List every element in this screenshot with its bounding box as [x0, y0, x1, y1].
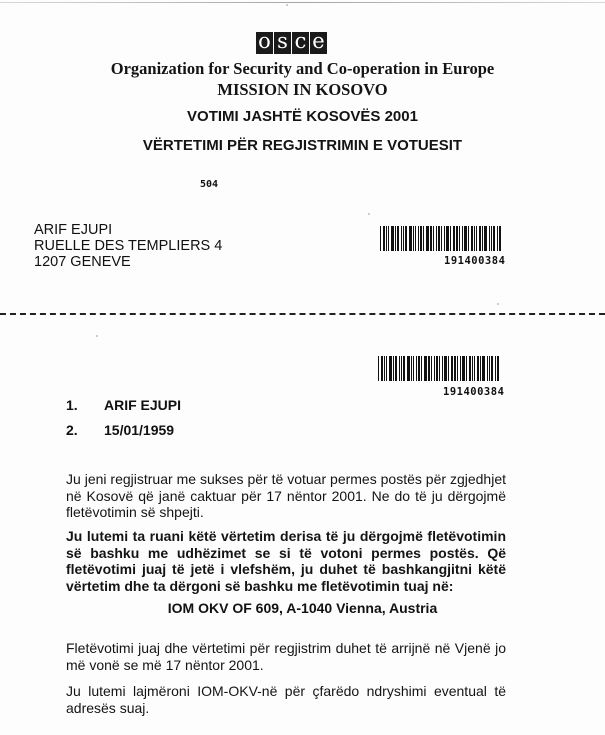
barcode-bar — [472, 356, 473, 381]
barcode-bar — [491, 356, 493, 381]
reference-code: 504 — [200, 179, 218, 190]
recipient-address: ARIF EJUPI RUELLE DES TEMPLIERS 4 1207 G… — [34, 222, 222, 270]
mission-name: MISSION IN KOSOVO — [0, 80, 605, 100]
recipient-street: RUELLE DES TEMPLIERS 4 — [34, 238, 222, 254]
field-value: ARIF EJUPI — [104, 397, 181, 422]
barcode-bar — [499, 226, 501, 251]
barcode-top-number: 191400384 — [444, 255, 505, 267]
barcode-bar — [436, 356, 438, 381]
barcode-bar — [450, 226, 451, 251]
barcode-bar — [474, 356, 475, 381]
barcode-bar — [477, 356, 479, 381]
recipient-name: ARIF EJUPI — [34, 222, 222, 238]
barcode-bar — [409, 226, 412, 251]
page-top-edge — [0, 2, 605, 3]
barcode-top — [380, 226, 502, 251]
barcode-bar — [431, 356, 432, 381]
barcode-bar — [444, 226, 445, 251]
logo-letter: e — [310, 32, 327, 54]
document-subtitle: VËRTETIMI PËR REGJISTRIMIN E VOTUESIT — [0, 137, 605, 154]
barcode-bar — [423, 226, 424, 251]
barcode-bottom — [378, 356, 500, 381]
barcode-bar — [415, 226, 416, 251]
barcode-bar — [446, 226, 449, 251]
barcode-bar — [407, 356, 410, 381]
barcode-bar — [426, 226, 429, 251]
barcode-bar — [395, 356, 397, 381]
barcode-bar — [476, 226, 477, 251]
logo-letter: o — [256, 32, 273, 54]
barcode-bar — [381, 356, 383, 381]
mailing-address: IOM OKV OF 609, A-1040 Vienna, Austria — [0, 600, 605, 616]
barcode-bar — [386, 356, 387, 381]
paragraph-deadline: Fletëvotimi juaj dhe vërtetimi për regji… — [66, 640, 506, 673]
barcode-bar — [444, 356, 447, 381]
barcode-bar — [489, 356, 490, 381]
barcode-bar — [468, 226, 469, 251]
barcode-bar — [462, 226, 463, 251]
barcode-bar — [418, 226, 419, 251]
paragraph-address-change: Ju lutemi lajmëroni IOM-OKV-në për çfarë… — [66, 683, 506, 716]
document-title: VOTIMI JASHTË KOSOVËS 2001 — [0, 108, 605, 125]
barcode-bar — [413, 226, 414, 251]
barcode-bar — [453, 226, 455, 251]
barcode-bar — [497, 226, 498, 251]
barcode-bar — [433, 226, 434, 251]
barcode-bar — [482, 356, 485, 381]
scan-speck — [497, 303, 499, 305]
barcode-bar — [489, 226, 490, 251]
field-number: 1. — [66, 397, 94, 422]
barcode-bar — [439, 356, 440, 381]
barcode-bar — [474, 226, 475, 251]
barcode-bar — [451, 356, 453, 381]
barcode-bar — [462, 356, 465, 381]
barcode-bar — [438, 226, 440, 251]
logo-letter: c — [292, 32, 309, 54]
paragraph-registration: Ju jeni regjistruar me sukses për të vot… — [66, 471, 506, 521]
organization-name: Organization for Security and Co-operati… — [0, 59, 605, 79]
barcode-bar — [384, 356, 385, 381]
barcode-bar — [457, 356, 458, 381]
scan-speck — [286, 4, 288, 6]
barcode-bar — [405, 226, 407, 251]
osce-logo: o s c e — [256, 32, 327, 54]
barcode-bar — [421, 356, 422, 381]
cut-line — [0, 313, 605, 315]
field-name: 1. ARIF EJUPI — [66, 397, 181, 422]
barcode-bar — [479, 226, 481, 251]
barcode-bar — [397, 226, 399, 251]
barcode-bar — [378, 356, 379, 381]
barcode-bar — [434, 356, 435, 381]
barcode-bar — [401, 356, 402, 381]
scan-speck — [368, 213, 370, 215]
barcode-bar — [448, 356, 449, 381]
barcode-bar — [442, 356, 443, 381]
barcode-bar — [389, 356, 392, 381]
barcode-bar — [424, 356, 427, 381]
barcode-bottom-number: 191400384 — [443, 386, 504, 398]
logo-letter: s — [274, 32, 291, 54]
barcode-bar — [459, 226, 460, 251]
barcode-bar — [388, 226, 389, 251]
barcode-bar — [460, 356, 461, 381]
barcode-bar — [469, 356, 471, 381]
barcode-bar — [482, 226, 483, 251]
barcode-bar — [393, 356, 394, 381]
barcode-bar — [386, 226, 387, 251]
barcode-bar — [430, 226, 432, 251]
barcode-bar — [383, 226, 385, 251]
barcode-bar — [411, 356, 412, 381]
barcode-bar — [436, 226, 437, 251]
barcode-bar — [491, 226, 492, 251]
field-birthdate: 2. 15/01/1959 — [66, 422, 181, 447]
field-number: 2. — [66, 422, 94, 447]
barcode-bar — [403, 356, 405, 381]
paragraph-instructions: Ju lutemi ta ruani këtë vërtetim derisa … — [66, 528, 506, 594]
scan-speck — [96, 335, 98, 337]
barcode-bar — [395, 226, 396, 251]
field-value: 15/01/1959 — [104, 422, 174, 447]
barcode-bar — [413, 356, 414, 381]
barcode-bar — [480, 356, 481, 381]
barcode-bar — [471, 226, 473, 251]
recipient-city: 1207 GENEVE — [34, 254, 222, 270]
barcode-bar — [441, 226, 442, 251]
barcode-bar — [428, 356, 430, 381]
barcode-bar — [391, 226, 394, 251]
barcode-bar — [487, 356, 488, 381]
barcode-bar — [484, 226, 487, 251]
barcode-bar — [466, 356, 467, 381]
barcode-bar — [454, 356, 456, 381]
barcode-bar — [493, 226, 495, 251]
barcode-bar — [403, 226, 404, 251]
barcode-bar — [464, 226, 467, 251]
voter-fields: 1. ARIF EJUPI 2. 15/01/1959 — [66, 397, 181, 447]
barcode-bar — [456, 226, 458, 251]
barcode-bar — [497, 356, 499, 381]
barcode-bar — [401, 226, 402, 251]
barcode-bar — [380, 226, 381, 251]
barcode-bar — [418, 356, 420, 381]
barcode-bar — [416, 356, 417, 381]
barcode-bar — [399, 356, 400, 381]
barcode-bar — [420, 226, 422, 251]
barcode-bar — [495, 356, 496, 381]
